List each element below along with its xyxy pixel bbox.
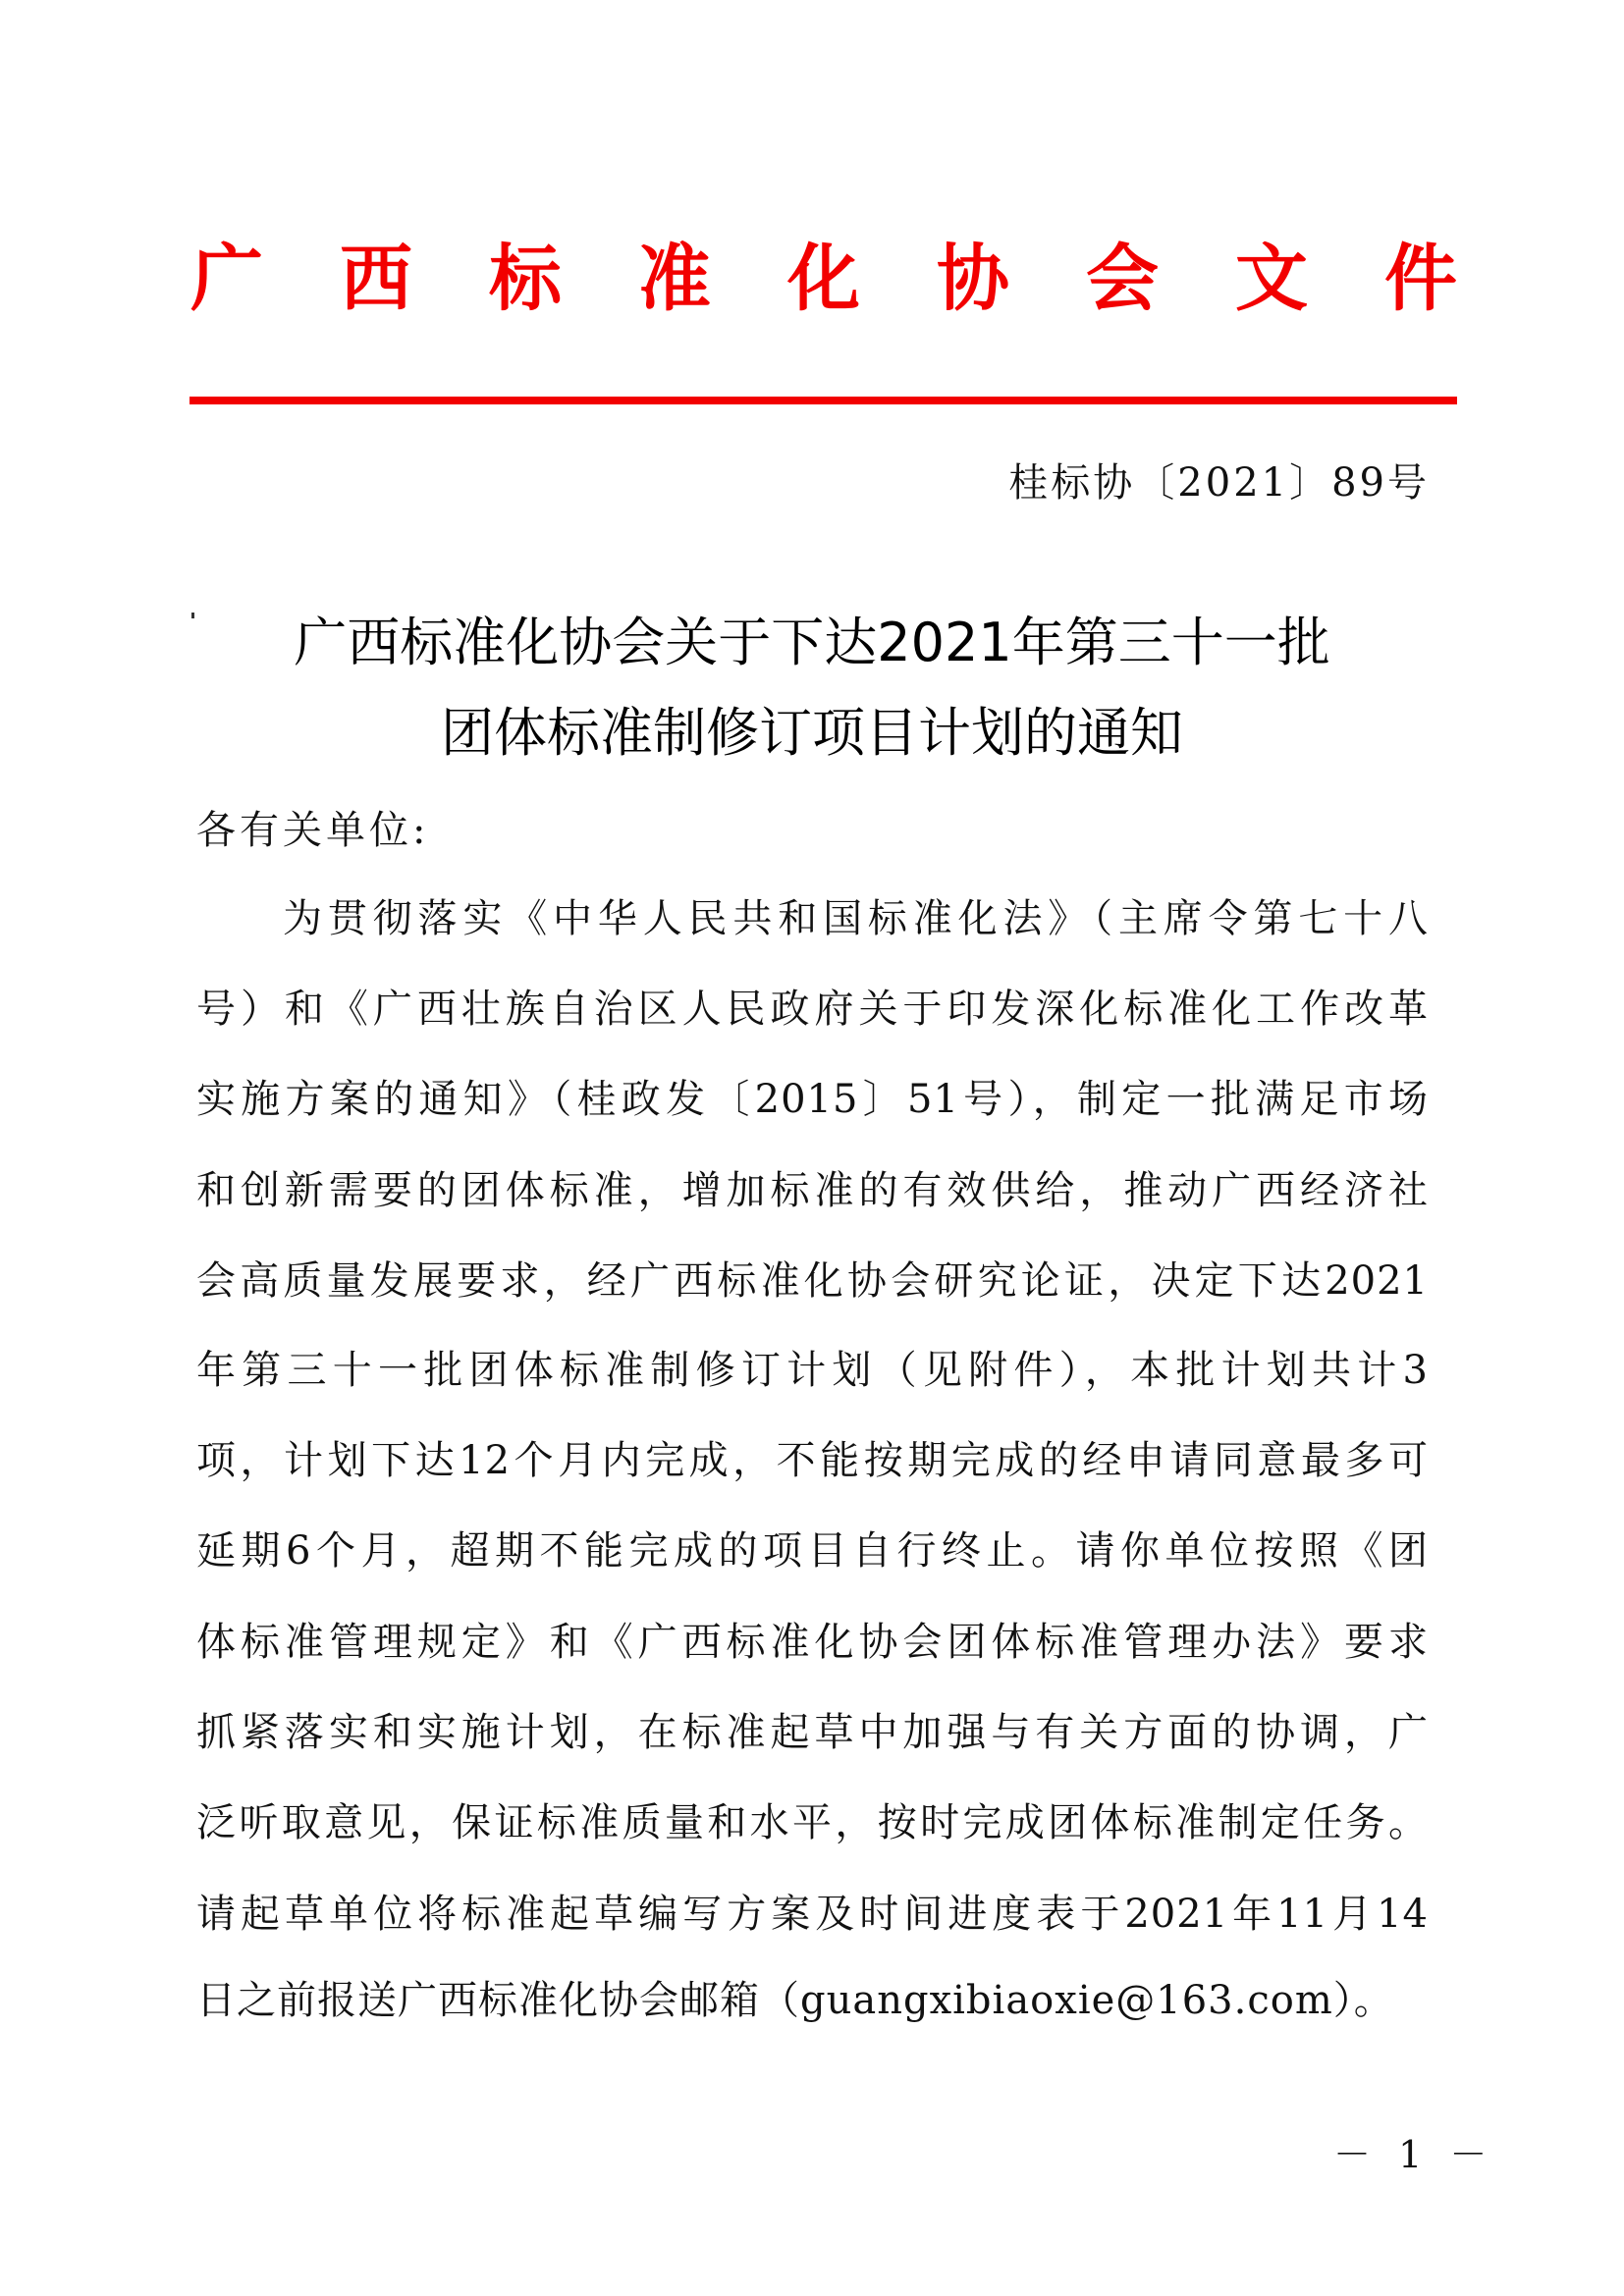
masthead-char: 准 [637,232,712,326]
body-line: 为贯彻落实《中华人民共和国标准化法》（主席令第七十八 [283,891,1429,946]
masthead-char: 文 [1234,232,1309,326]
masthead-divider [189,397,1457,404]
masthead-char: 西 [339,232,413,326]
body-line-email: 日之前报送广西标准化协会邮箱（guangxibiaoxie@163.com）。 [196,1973,1429,2028]
body-line: 项，计划下达12个月内完成，不能按期完成的经申请同意最多可 [196,1433,1429,1488]
masthead-char: 件 [1383,232,1458,326]
body-line: 会高质量发展要求，经广西标准化协会研究论证，决定下达2021 [196,1254,1429,1308]
body-line: 体标准管理规定》和《广西标准化协会团体标准管理办法》要求 [196,1615,1429,1670]
body-line: 实施方案的通知》（桂政发〔2015〕51号），制定一批满足市场 [196,1072,1429,1127]
masthead-char: 广 [189,232,264,326]
body-line: 和创新需要的团体标准，增加标准的有效供给，推动广西经济社 [196,1163,1429,1218]
page-number: － 1 － [1333,2130,1494,2179]
document-number: 桂标协〔2021〕89号 [1008,454,1430,512]
document-page: 广 西 标 准 化 协 会 文 件 桂标协〔2021〕89号 广西标准化协会关于… [0,0,1624,2296]
body-line: 抓紧落实和实施计划，在标准起草中加强与有关方面的协调，广 [196,1705,1429,1760]
body-line: 泛听取意见，保证标准质量和水平，按时完成团体标准制定任务。 [196,1795,1429,1850]
body-line: 号）和《广西壮族自治区人民政府关于印发深化标准化工作改革 [196,982,1429,1037]
body-line: 延期6个月，超期不能完成的项目自行终止。请你单位按照《团 [196,1523,1429,1578]
masthead-char: 协 [936,232,1010,326]
body-line: 请起草单位将标准起草编写方案及时间进度表于2021年11月14 [196,1887,1429,1942]
body-line: 年第三十一批团体标准制修订计划（见附件），本批计划共计3 [196,1343,1429,1398]
masthead-title: 广 西 标 准 化 协 会 文 件 [189,232,1458,326]
document-title-line-1: 广西标准化协会关于下达2021年第三十一批 [0,609,1624,677]
masthead-char: 标 [488,232,563,326]
masthead-char: 会 [1085,232,1160,326]
masthead-char: 化 [786,232,861,326]
salutation: 各有关单位: [196,803,429,858]
document-title-line-2: 团体标准制修订项目计划的通知 [0,699,1624,768]
